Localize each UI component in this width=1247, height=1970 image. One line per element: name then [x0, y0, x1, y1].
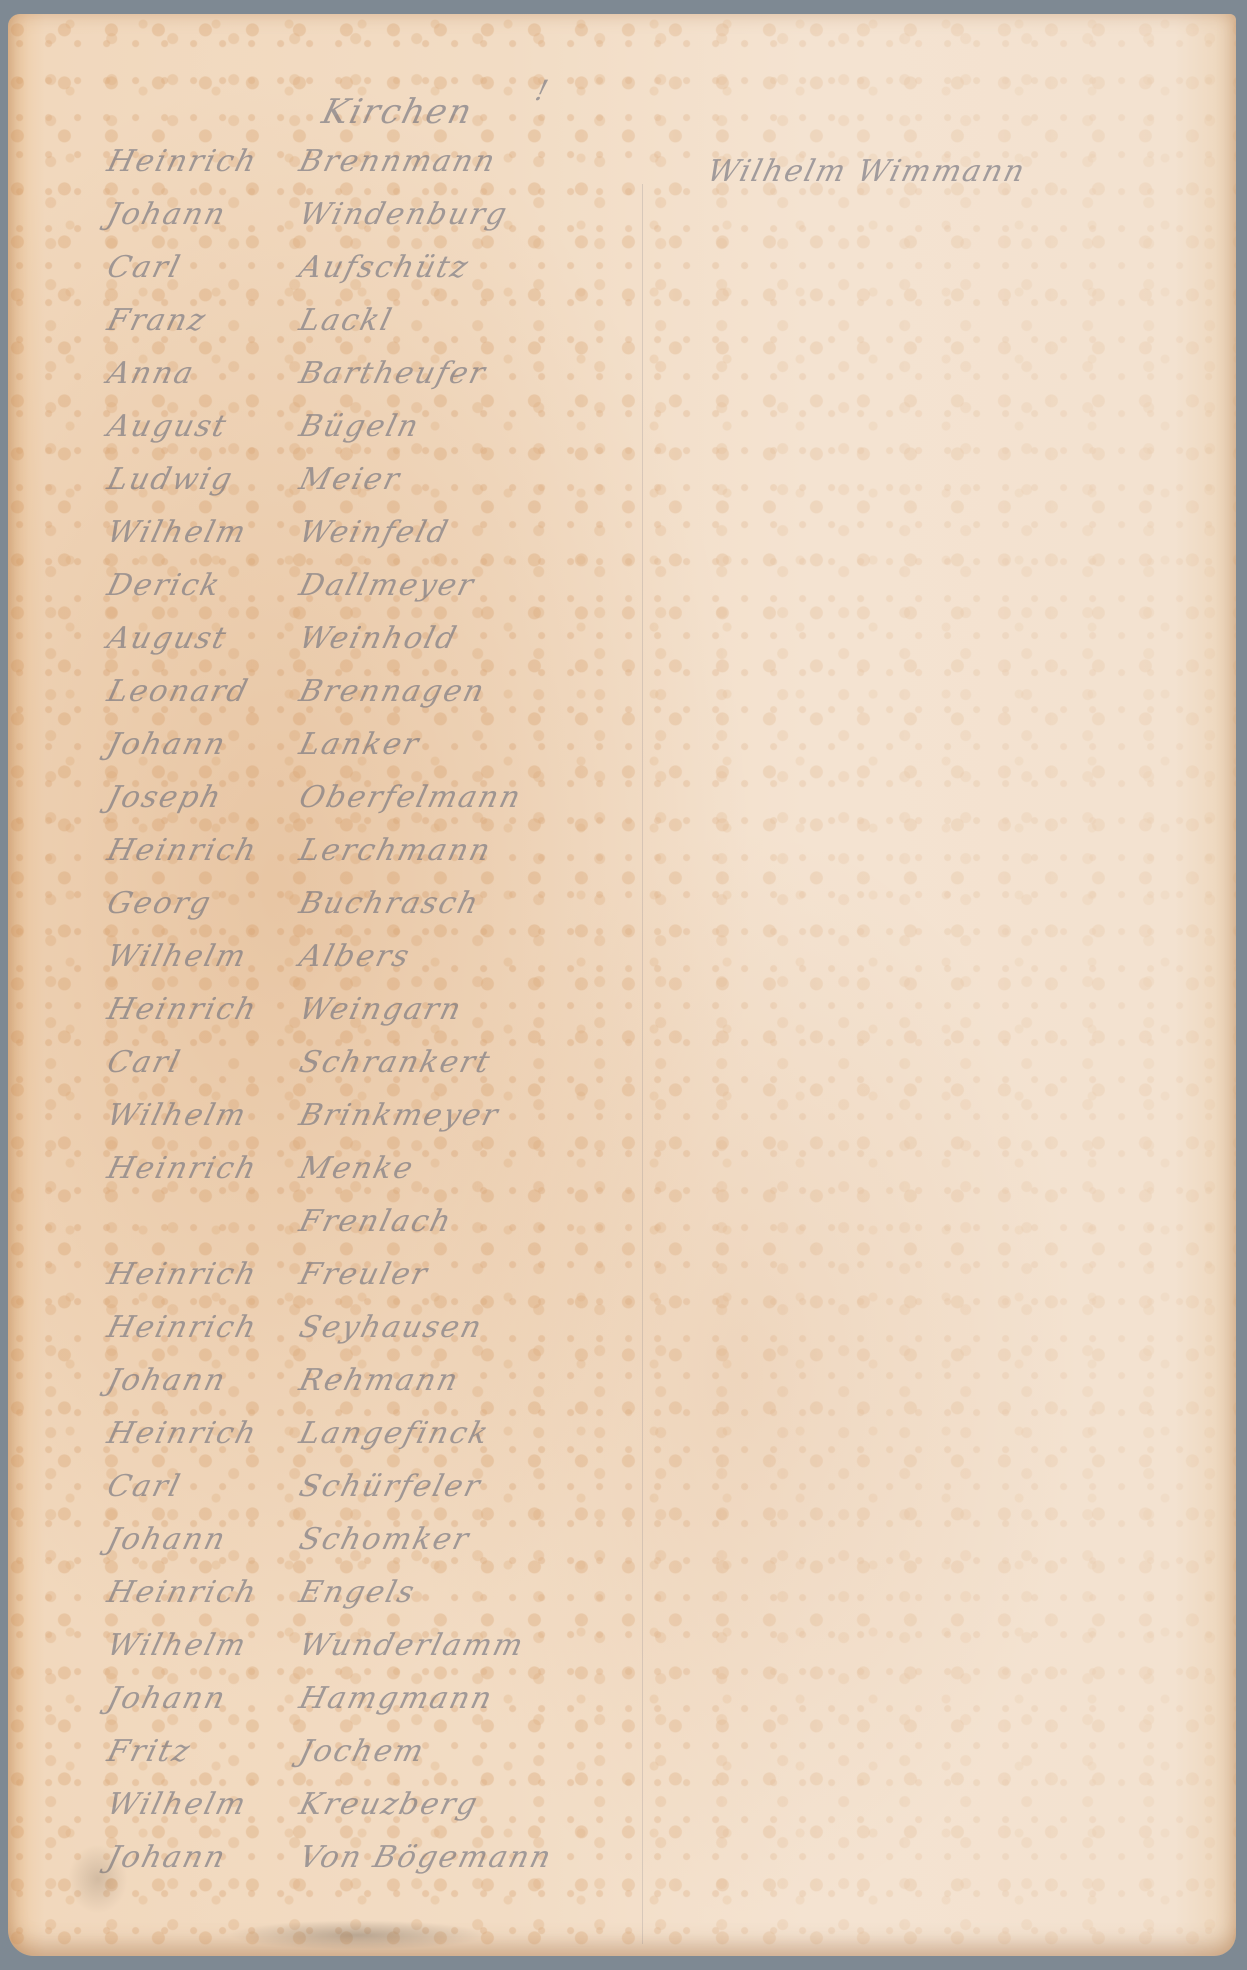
surname: Schomker [296, 1522, 474, 1557]
given-name: Leonard [104, 674, 253, 709]
given-name: Heinrich [104, 833, 262, 868]
surname: Rehmann [296, 1363, 463, 1398]
surname: Weinhold [296, 621, 462, 656]
surname: Hamgmann [296, 1681, 497, 1716]
given-name: Fritz [104, 1734, 195, 1769]
given-name: Derick [104, 568, 225, 603]
surname: Engels [296, 1575, 420, 1610]
given-name: Heinrich [104, 144, 262, 179]
surname: Frenlach [296, 1204, 457, 1239]
given-name: Wilhelm [104, 515, 251, 550]
surname: Lanker [296, 727, 424, 762]
given-name: Ludwig [104, 462, 238, 497]
surname: Albers [296, 939, 415, 974]
given-name: Heinrich [104, 1416, 262, 1451]
vertical-pencil-rule [642, 184, 643, 1944]
surname: Windenburg [296, 197, 512, 232]
given-name: Heinrich [104, 992, 262, 1027]
surname: Lerchmann [296, 833, 496, 868]
given-name: Heinrich [104, 1575, 262, 1610]
given-name: Carl [104, 1469, 186, 1504]
surname: Meier [296, 462, 405, 497]
bottom-edge-stain [228, 1920, 488, 1950]
heading-mark: ! [532, 74, 553, 107]
given-name: Wilhelm [104, 1098, 251, 1133]
given-name: Heinrich [104, 1257, 262, 1292]
surname: Kreuzberg [296, 1787, 483, 1822]
surname: Bügeln [296, 409, 424, 444]
surname: Brennmann [296, 144, 500, 179]
surname: Schrankert [296, 1045, 495, 1080]
given-name: Johann [104, 1363, 231, 1398]
corner-stain [68, 1844, 128, 1914]
surname: Jochem [296, 1734, 429, 1769]
given-name: Johann [104, 197, 231, 232]
surname: Bartheufer [296, 356, 491, 391]
surname: Brennagen [296, 674, 490, 709]
given-name: Johann [104, 727, 231, 762]
surname: Weingarn [296, 992, 467, 1027]
given-name: August [104, 409, 232, 444]
side-note-name: Wilhelm Wimmann [704, 154, 1030, 189]
surname: Wunderlamm [296, 1628, 529, 1663]
given-name: August [104, 621, 232, 656]
given-name: Heinrich [104, 1310, 262, 1345]
given-name: Wilhelm [104, 939, 251, 974]
surname: Seyhausen [296, 1310, 487, 1345]
surname: Aufschütz [296, 250, 474, 285]
surname: Weinfeld [296, 515, 453, 550]
given-name: Johann [104, 1522, 231, 1557]
given-name: Wilhelm [104, 1628, 251, 1663]
given-name: Franz [104, 303, 211, 338]
given-name: Wilhelm [104, 1787, 251, 1822]
surname: Schürfeler [296, 1469, 486, 1504]
surname: Freuler [296, 1257, 433, 1292]
given-name: Heinrich [104, 1151, 262, 1186]
given-name: Anna [104, 356, 199, 391]
given-name: Carl [104, 1045, 186, 1080]
list-heading: Kirchen [318, 92, 477, 132]
surname: Oberfelmann [296, 780, 526, 815]
manuscript-page: Kirchen ! Wilhelm Wimmann HeinrichBrennm… [8, 14, 1236, 1956]
given-name: Carl [104, 250, 186, 285]
given-name: Georg [104, 886, 216, 921]
surname: Buchrasch [296, 886, 484, 921]
surname: Langefinck [296, 1416, 494, 1451]
surname: Dallmeyer [296, 568, 479, 603]
given-name: Johann [104, 1681, 231, 1716]
surname: Brinkmeyer [296, 1098, 503, 1133]
surname: Lackl [296, 303, 397, 338]
surname: Von Bögemann [296, 1840, 557, 1875]
given-name: Joseph [104, 780, 226, 815]
surname: Menke [296, 1151, 418, 1186]
